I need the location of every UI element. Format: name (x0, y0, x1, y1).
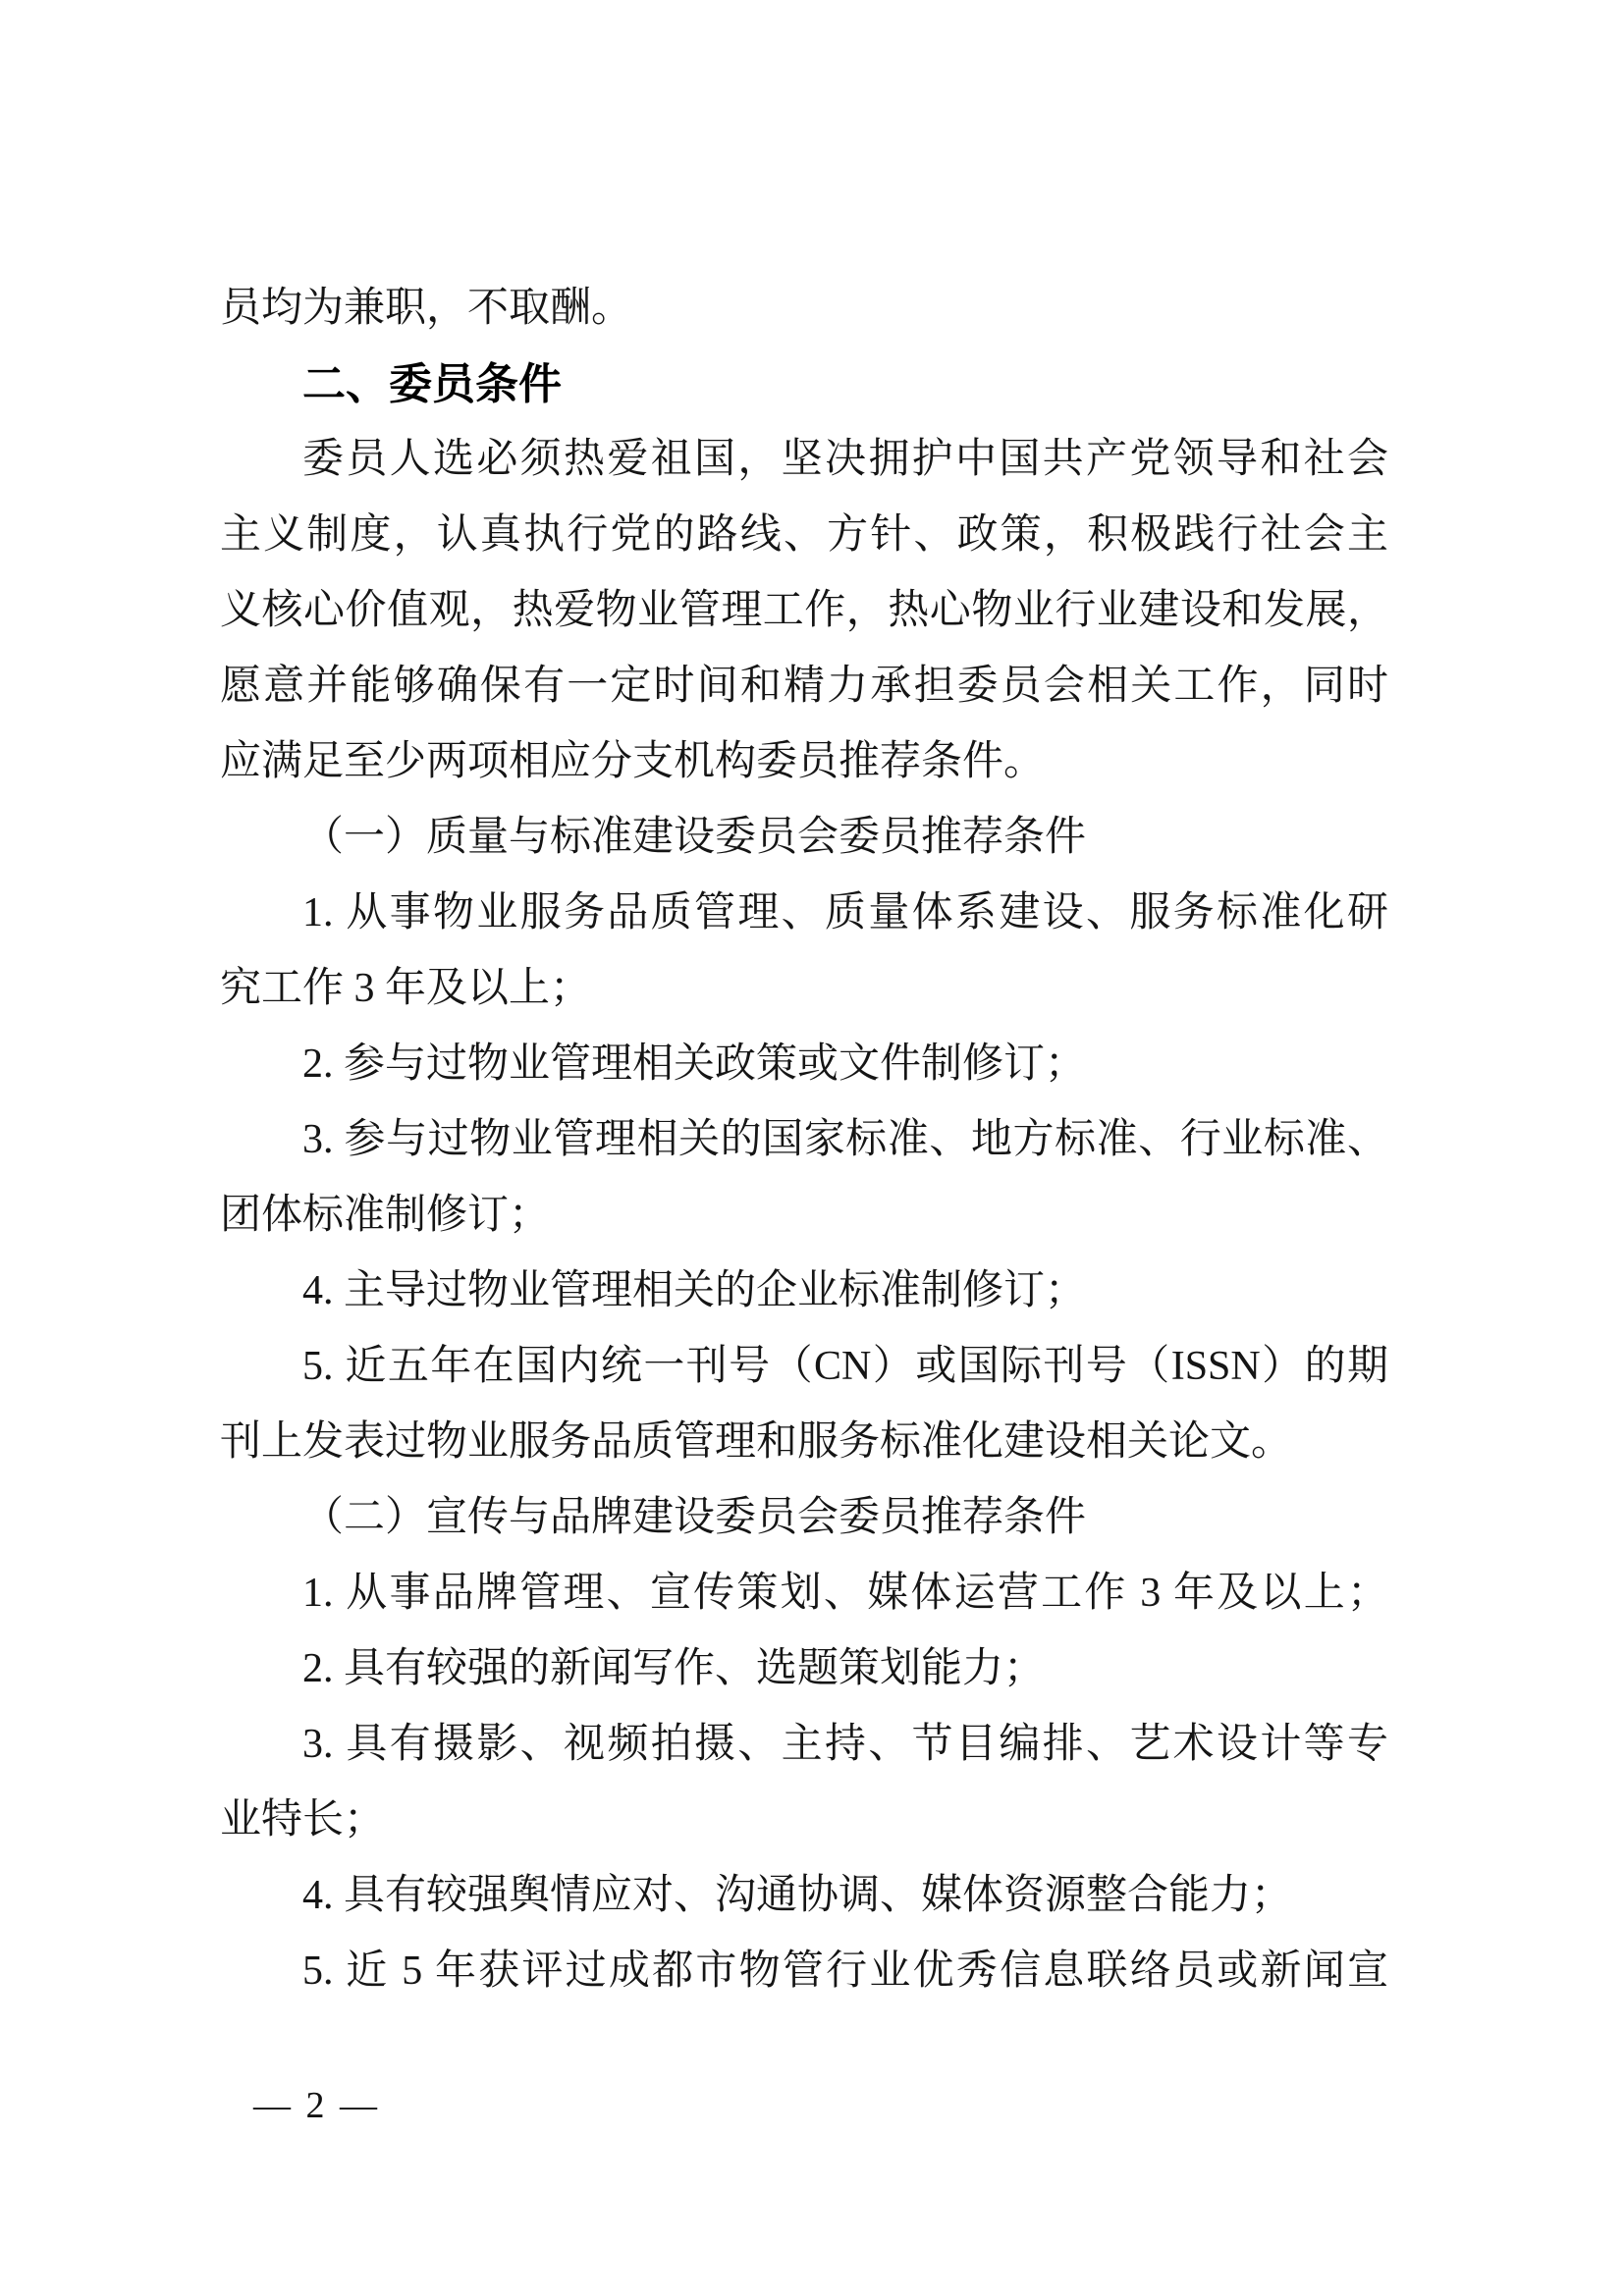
doc-line: 义核心价值观，热爱物业管理工作，热心物业行业建设和发展， (220, 573, 1388, 649)
doc-line: 4. 主导过物业管理相关的企业标准制修订； (220, 1254, 1388, 1329)
doc-line: 2. 参与过物业管理相关政策或文件制修订； (220, 1027, 1388, 1102)
document-page: 员均为兼职，不取酬。 二、委员条件 委员人选必须热爱祖国，坚决拥护中国共产党领导… (0, 0, 1624, 2296)
doc-line: 5. 近 5 年获评过成都市物管行业优秀信息联络员或新闻宣 (220, 1934, 1388, 2009)
sub-heading: （一）质量与标准建设委员会委员推荐条件 (220, 800, 1388, 876)
doc-line: 业特长； (220, 1783, 1388, 1858)
doc-line: 3. 参与过物业管理相关的国家标准、地方标准、行业标准、 (220, 1102, 1388, 1178)
sub-heading: （二）宣传与品牌建设委员会委员推荐条件 (220, 1480, 1388, 1556)
section-heading: 二、委员条件 (220, 347, 1388, 422)
doc-line: 刊上发表过物业服务品质管理和服务标准化建设相关论文。 (220, 1405, 1388, 1480)
doc-line: 5. 近五年在国内统一刊号（CN）或国际刊号（ISSN）的期 (220, 1329, 1388, 1405)
doc-line: 愿意并能够确保有一定时间和精力承担委员会相关工作，同时 (220, 649, 1388, 724)
doc-line: 4. 具有较强舆情应对、沟通协调、媒体资源整合能力； (220, 1858, 1388, 1934)
doc-line: 究工作 3 年及以上； (220, 951, 1388, 1027)
doc-line: 应满足至少两项相应分支机构委员推荐条件。 (220, 724, 1388, 800)
doc-line: 1. 从事品牌管理、宣传策划、媒体运营工作 3 年及以上； (220, 1556, 1388, 1631)
doc-line: 1. 从事物业服务品质管理、质量体系建设、服务标准化研 (220, 876, 1388, 951)
document-body: 员均为兼职，不取酬。 二、委员条件 委员人选必须热爱祖国，坚决拥护中国共产党领导… (220, 271, 1388, 2009)
doc-line: 3. 具有摄影、视频拍摄、主持、节目编排、艺术设计等专 (220, 1707, 1388, 1783)
page-number: — 2 — (253, 2083, 377, 2128)
doc-line: 团体标准制修订； (220, 1178, 1388, 1254)
doc-line: 员均为兼职，不取酬。 (220, 271, 1388, 347)
doc-line: 2. 具有较强的新闻写作、选题策划能力； (220, 1631, 1388, 1707)
doc-line: 主义制度，认真执行党的路线、方针、政策，积极践行社会主 (220, 498, 1388, 573)
doc-line: 委员人选必须热爱祖国，坚决拥护中国共产党领导和社会 (220, 422, 1388, 498)
